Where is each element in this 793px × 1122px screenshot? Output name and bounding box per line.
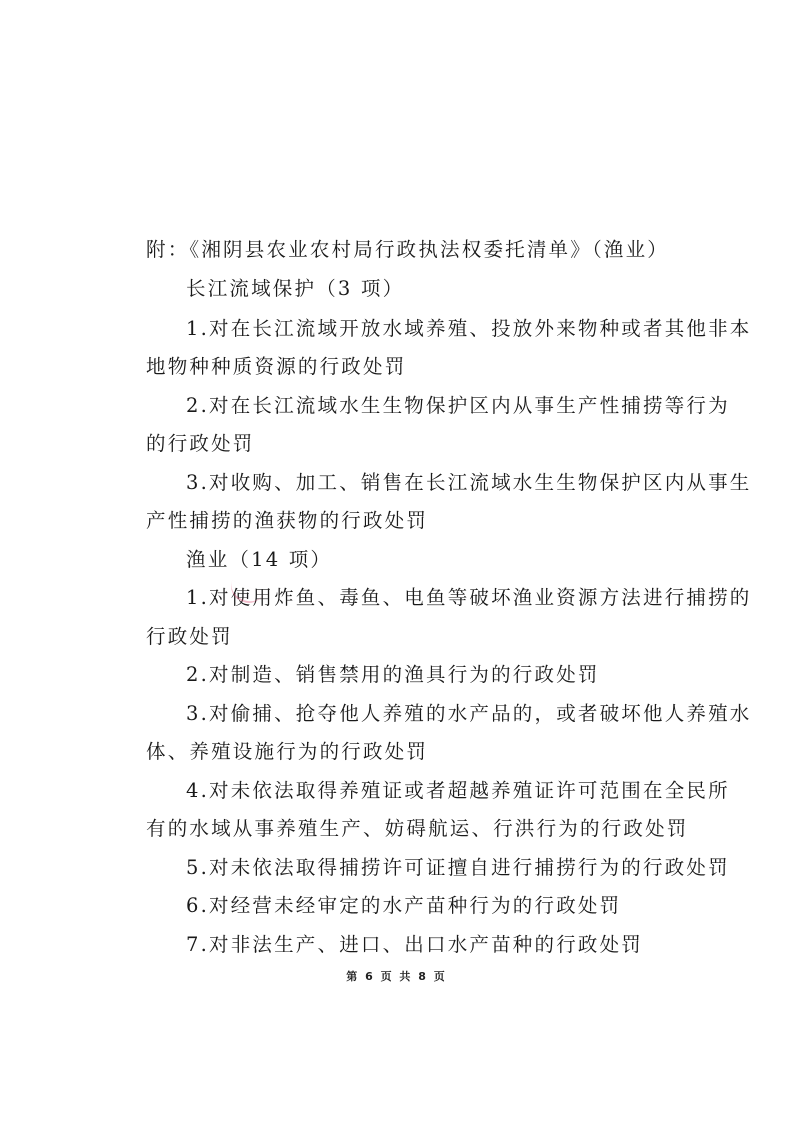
list-item-line: 3.对收购、加工、销售在长江流域水生生物保护区内从事生	[186, 471, 752, 495]
section-heading-yangtze: 长江流域保护（3 项）	[186, 277, 404, 301]
list-item-line: 5.对未依法取得捕捞许可证擅自进行捕捞行为的行政处罚	[186, 856, 730, 880]
list-item-line: 1.对在长江流域开放水域养殖、投放外来物种或者其他非本	[186, 317, 752, 341]
list-item-line: 2.对制造、销售禁用的渔具行为的行政处罚	[186, 663, 600, 687]
list-item-line: 体、养殖设施行为的行政处罚	[146, 740, 428, 764]
list-item-line: 6.对经营未经审定的水产苗种行为的行政处罚	[186, 894, 621, 918]
list-item-line: 有的水域从事养殖生产、妨碍航运、行洪行为的行政处罚	[146, 817, 689, 841]
attachment-title: 附：《湘阴县农业农村局行政执法权委托清单》（渔业）	[146, 238, 669, 262]
page-number: 第 6 页 共 8 页	[0, 968, 793, 984]
section-heading-fishery: 渔业（14 项）	[186, 548, 332, 572]
list-item-line: 产性捕捞的渔获物的行政处罚	[146, 509, 428, 533]
list-item-line: 行政处罚	[146, 625, 233, 649]
document-page: 附：《湘阴县农业农村局行政执法权委托清单》（渔业） 长江流域保护（3 项） 1.…	[0, 0, 793, 1122]
list-item-line: 3.对偷捕、抢夺他人养殖的水产品的，或者破坏他人养殖水	[186, 702, 752, 726]
list-item-line: 4.对未依法取得养殖证或者超越养殖证许可范围在全民所	[186, 779, 730, 803]
list-item-line: 2.对在长江流域水生生物保护区内从事生产性捕捞等行为	[186, 394, 730, 418]
list-item-line: 的行政处罚	[146, 432, 255, 456]
list-item-line: 7.对非法生产、进口、出口水产苗种的行政处罚	[186, 933, 643, 957]
list-item-line: 1.对使用炸鱼、毒鱼、电鱼等破坏渔业资源方法进行捕捞的	[186, 586, 752, 610]
list-item-line: 地物种种质资源的行政处罚	[146, 355, 406, 379]
